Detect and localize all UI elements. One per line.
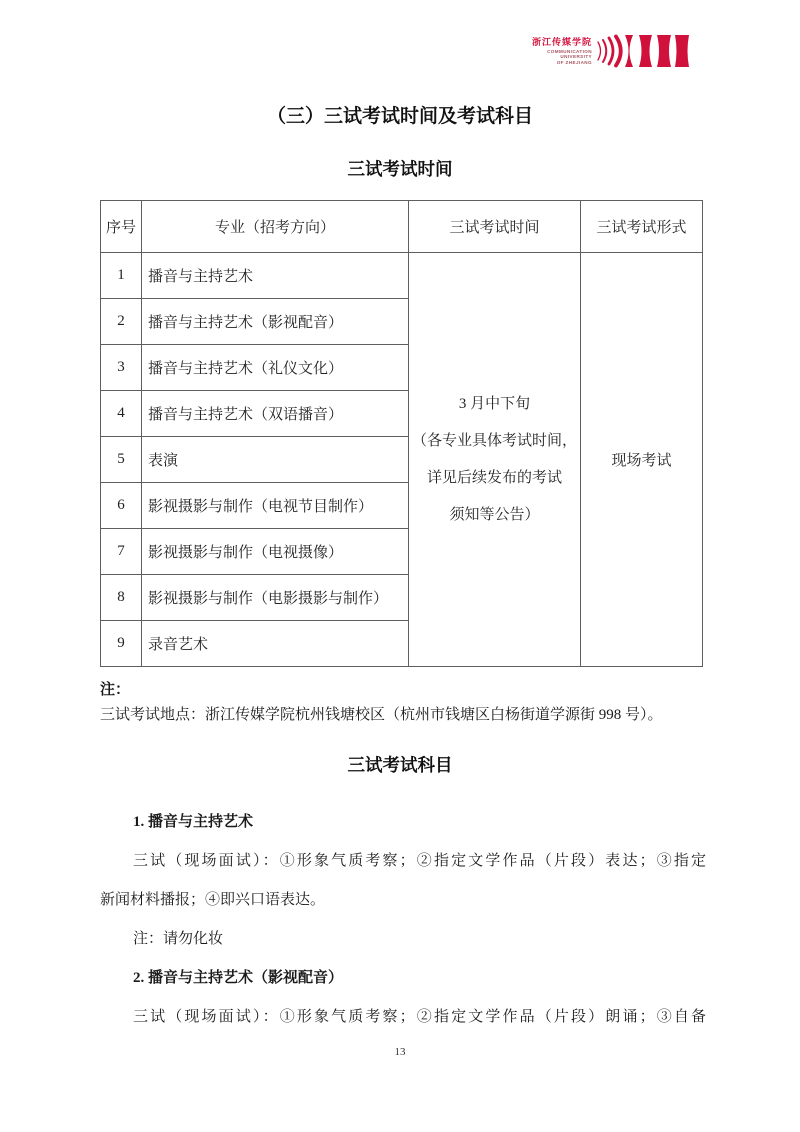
header-form: 三试考试形式 (581, 201, 703, 253)
row-no: 4 (101, 391, 142, 437)
row-major: 影视摄影与制作（电视摄像） (142, 529, 409, 575)
time-line: 3 月中下旬 (409, 386, 580, 423)
row-major: 播音与主持艺术（礼仪文化） (142, 345, 409, 391)
subject-2-title: 2. 播音与主持艺术（影视配音） (100, 959, 706, 998)
logo-english-name: COMMUNICATION UNIVERSITY OF ZHEJIANG (532, 49, 592, 65)
logo-chinese-name: 浙江传媒学院 (532, 35, 592, 48)
row-major: 播音与主持艺术（双语播音） (142, 391, 409, 437)
exam-subjects-body: 1. 播音与主持艺术 三试（现场面试）：①形象气质考察；②指定文学作品（片段）表… (100, 803, 706, 1037)
logo-text-block: 浙江传媒学院 COMMUNICATION UNIVERSITY OF ZHEJI… (532, 33, 592, 65)
logo-ripple-icon (595, 33, 692, 69)
row-major: 表演 (142, 437, 409, 483)
exam-time-cell: 3 月中下旬 （各专业具体考试时间， 详见后续发布的考试 须知等公告） (409, 253, 581, 667)
row-no: 6 (101, 483, 142, 529)
note-text: 三试考试地点：浙江传媒学院杭州钱塘校区（杭州市钱塘区白杨街道学源街 998 号）… (100, 703, 706, 728)
row-no: 2 (101, 299, 142, 345)
header-major: 专业（招考方向） (142, 201, 409, 253)
header-no: 序号 (101, 201, 142, 253)
subject-1-line: 新闻材料播报；④即兴口语表达。 (100, 881, 706, 920)
exam-subjects-title: 三试考试科目 (0, 752, 800, 777)
university-logo: 浙江传媒学院 COMMUNICATION UNIVERSITY OF ZHEJI… (532, 33, 692, 69)
row-major: 影视摄影与制作（电影摄影与制作） (142, 575, 409, 621)
row-no: 9 (101, 621, 142, 667)
row-no: 3 (101, 345, 142, 391)
page-number: 13 (0, 1046, 800, 1058)
time-line: （各专业具体考试时间， (409, 423, 580, 460)
row-major: 播音与主持艺术 (142, 253, 409, 299)
exam-time-table-title: 三试考试时间 (0, 156, 800, 181)
exam-form-cell: 现场考试 (581, 253, 703, 667)
time-line: 详见后续发布的考试 (409, 460, 580, 497)
row-no: 5 (101, 437, 142, 483)
row-no: 1 (101, 253, 142, 299)
subject-1-title: 1. 播音与主持艺术 (100, 803, 706, 842)
row-major: 影视摄影与制作（电视节目制作） (142, 483, 409, 529)
row-no: 7 (101, 529, 142, 575)
subject-2-line: 三试（现场面试）：①形象气质考察；②指定文学作品（片段）朗诵；③自备 (100, 998, 706, 1037)
note-label: 注： (100, 678, 706, 703)
table-header-row: 序号 专业（招考方向） 三试考试时间 三试考试形式 (101, 201, 703, 253)
table-note: 注： 三试考试地点：浙江传媒学院杭州钱塘校区（杭州市钱塘区白杨街道学源街 998… (100, 678, 706, 728)
section-title: （三）三试考试时间及考试科目 (0, 101, 800, 128)
table-row: 1 播音与主持艺术 3 月中下旬 （各专业具体考试时间， 详见后续发布的考试 须… (101, 253, 703, 299)
subject-1-line: 三试（现场面试）：①形象气质考察；②指定文学作品（片段）表达；③指定 (100, 842, 706, 881)
row-major: 播音与主持艺术（影视配音） (142, 299, 409, 345)
logo-english-line: OF ZHEJIANG (532, 60, 592, 65)
row-no: 8 (101, 575, 142, 621)
document-page: 浙江传媒学院 COMMUNICATION UNIVERSITY OF ZHEJI… (0, 0, 800, 1132)
row-major: 录音艺术 (142, 621, 409, 667)
header-time: 三试考试时间 (409, 201, 581, 253)
subject-1-note: 注：请勿化妆 (100, 920, 706, 959)
exam-time-table: 序号 专业（招考方向） 三试考试时间 三试考试形式 1 播音与主持艺术 3 月中… (100, 200, 703, 667)
time-line: 须知等公告） (409, 497, 580, 534)
